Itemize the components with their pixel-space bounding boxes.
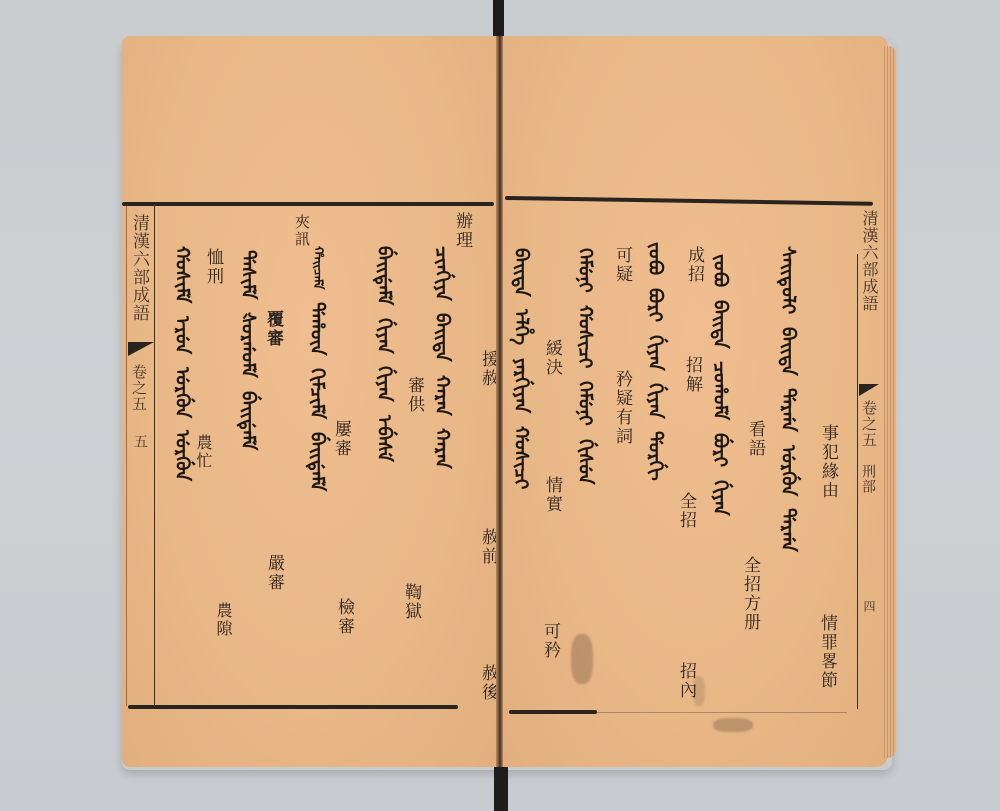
right-margin-section: 刑部 [861, 464, 875, 494]
manchu-word: ᡩᠣᡵᡤᡳ [645, 431, 664, 481]
manchu-word: ᡴᠠᡵᠠᠨ [432, 428, 451, 469]
right-margin-volume: 卷之五 [861, 400, 876, 448]
entry-zh: 辦理 [453, 212, 470, 250]
manchu-word: ᡩᠠᡥᡡᠨ [307, 302, 326, 356]
right-margin-frame [857, 254, 858, 709]
ink-smudge [693, 676, 705, 706]
manchu-word: ᡝᠪᡝᠰᡝ [374, 415, 393, 462]
manchu-word: ᠶᠠᡵᡤᡳᠶᠠᠨ [511, 358, 530, 413]
manchu-word: ᡴᠠᡵᠠᠨ [432, 375, 451, 416]
manchu-word: ᡝᡵᡠᠨ [172, 316, 191, 354]
manchu-word: ᡧᠣᡵᡤᠣᠮᡝ [238, 312, 257, 378]
manchu-word: ᡩᠠᠰᡳᠮᡝ [238, 250, 257, 300]
entry-zh: 農忙 [195, 434, 211, 470]
manchu-word: ᡤᡳᠶᠠᠨ [645, 383, 664, 419]
entry-zh: 可矜 [541, 622, 558, 660]
manchu-word: ᠪᠣᡵᡳ [645, 288, 664, 322]
manchu-word: ᡝᠯᡥᡝ [511, 309, 530, 345]
entry-zh: 全招方册 [741, 556, 758, 632]
manchu-word: ᡤᡳᠶᠠᠨ [710, 480, 729, 516]
manchu-word: ᡤᠣᠰᡳᠴᡳ [511, 426, 530, 489]
manchu-word: ᡤᡳᠶᠠᠨ [374, 318, 393, 354]
left-margin-edge [126, 204, 127, 706]
manchu-word: ᡩᠠᡵᡤᠠ [778, 508, 797, 552]
manchu-word: ᡴᡳᠮᠴᡳᠮᡝ [307, 368, 326, 419]
left-margin-volume: 卷之五 [131, 364, 146, 412]
manchu-word: ᠪᡠᡵᡳ [710, 433, 729, 467]
manchu-word: ᠪᡝᡳᡩᡝᠮᡝ [307, 432, 326, 491]
manchu-word: ᠴᠣᡥᠣᠮᡝ [710, 361, 729, 420]
manchu-column: ᡥᠠᡳᠴᠠᠮᡝ ᡩᠠᡥᡡᠨ ᡴᡳᠮᠴᡳᠮᡝ ᠪᡝᡳᡩᡝᠮᡝ [307, 246, 326, 706]
entry-zh: 緩決 [543, 339, 560, 377]
manchu-word: ᠪᠠᡳᡨᠠ [432, 313, 451, 362]
manchu-word: ᡴᡝᠮᡠᠨᡳ [575, 381, 594, 426]
manchu-word: ᡤᠣᠰᡳᠴᡳ [575, 305, 594, 368]
manchu-word: ᠪᡝᡳᡩᡝᠮᡝ [374, 246, 393, 305]
ink-smudge [571, 634, 593, 684]
manchu-column: ᡤᠣᠰᡳᠮᡝ ᡝᡵᡠᠨ ᡠᠷᡤᡠᠨ ᡠᠷᡤᡠᠨ [172, 246, 191, 706]
right-bottom-rule [509, 710, 597, 714]
manchu-column: ᠰᠠᡳᡨᡠᠯᡳ ᠪᠠᡳᡨᠠ ᡩᠠᡵᡤᠠ ᡠᡵᡤᡠᠨ ᡩᠠᡵᡤᠠ [778, 246, 797, 716]
manchu-word: ᡤᡳᠰᡠᠨ [575, 439, 594, 484]
manchu-column: ᡩᠠᠰᡳᠮᡝ ᡧᠣᡵᡤᠣᠮᡝ ᠪᡝᡳᡩᡝᠮᡝ [238, 250, 257, 710]
manchu-word: ᡤᡳᠶᠠᠨ [374, 366, 393, 402]
manchu-column: ᠴᡳᠨᡤᡳᠶᠠ ᠪᠠᡳᡨᠠ ᡴᠠᡵᠠᠨ ᡴᠠᡵᠠᠨ [432, 246, 451, 706]
entry-zh: 成招 [685, 246, 702, 284]
entry-zh: 恤刑 [204, 248, 221, 286]
right-fishtail-mark [859, 384, 879, 396]
manchu-word: ᠴᡳᠨᡤᡳᠶᠠ [432, 246, 451, 301]
manchu-word: ᡠᠷᡤᡠᠨ [172, 367, 191, 418]
manchu-column: ᠪᠠᡳᡨᠠ ᡝᠯᡥᡝ ᠶᠠᡵᡤᡳᠶᠠᠨ ᡤᠣᠰᡳᠴᡳ [511, 248, 530, 708]
entry-zh: 赦前 [479, 528, 496, 566]
entry-zh: 全招 [677, 492, 694, 530]
entry-zh: 事犯緣由 [819, 424, 836, 500]
entry-zh: 覆審 [264, 310, 281, 348]
left-margin-frame [154, 204, 155, 706]
entry-zh: 看語 [746, 420, 763, 458]
manchu-word: ᡩᠠᡵᡤᠠ [778, 388, 797, 432]
entry-zh: 可疑 [613, 246, 630, 284]
manchu-word: ᡠᡵᡤᡠᠨ [778, 445, 797, 496]
manchu-column: ᠪᡝᡳᡩᡝᠮᡝ ᡤᡳᠶᠠᠨ ᡤᡳᠶᠠᠨ ᡝᠪᡝᠰᡝ [374, 246, 393, 706]
entry-zh: 農隙 [215, 602, 231, 638]
entry-zh: 嚴審 [265, 554, 282, 592]
manchu-column: ᠵᠣᠪᠣ ᠪᠠᡳᡨᠠ ᠴᠣᡥᠣᠮᡝ ᠪᡠᡵᡳ ᡤᡳᠶᠠᠨ [710, 254, 729, 724]
entry-zh: 矜疑有詞 [613, 370, 630, 446]
manchu-word: ᡤᡳᠶᠠᠨ [645, 335, 664, 371]
entry-zh: 招解 [683, 356, 700, 394]
manchu-word: ᠪᠠᡳᡨᠠ [511, 248, 530, 297]
manchu-word: ᡥᠠᡳᠴᠠᠮᡝ [311, 246, 324, 290]
entry-zh: 夾訊 [294, 214, 309, 248]
right-margin-folio: 四 [863, 600, 875, 613]
entry-zh: 招內 [677, 662, 694, 700]
manchu-word: ᡤᠣᠰᡳᠮᡝ [172, 246, 191, 303]
manchu-column: ᠵᠣᠪᠣ ᠪᠣᡵᡳ ᡤᡳᠶᠠᠨ ᡤᡳᠶᠠᠨ ᡩᠣᡵᡤᡳ [645, 242, 664, 722]
entry-zh: 屢審 [332, 420, 349, 458]
entry-zh: 審供 [405, 376, 422, 414]
right-page: 清漢六部成語 卷之五 刑部 四 事犯緣由 情罪畧節 看語 全招方册 成招 招解 … [503, 36, 888, 767]
bookmark-ribbon-top [493, 0, 504, 40]
left-top-rule [122, 202, 494, 206]
left-margin-title: 清漢六部成語 [130, 214, 147, 322]
manchu-word: ᠰᠠᡳᡨᡠᠯᡳ [778, 246, 797, 314]
right-top-rule [505, 196, 873, 206]
manchu-word: ᠵᠣᠪᠣ [710, 254, 729, 287]
manchu-word: ᠵᠣᠪᠣ [645, 242, 664, 275]
ink-smudge [713, 718, 753, 732]
entry-zh: 鞫獄 [402, 583, 419, 621]
entry-zh: 情實 [543, 476, 560, 514]
left-fishtail-mark [128, 342, 154, 356]
manchu-word: ᡠᠷᡤᡠᠨ [172, 430, 191, 481]
entry-zh: 情罪畧節 [818, 614, 835, 690]
entry-zh: 援赦 [479, 350, 496, 388]
manchu-word: ᡴᡝᠮᡠᠨᡳ [575, 248, 594, 293]
right-margin-title: 清漢六部成語 [861, 210, 877, 312]
manchu-word: ᠪᠠᡳᡨᠠ [710, 300, 729, 349]
manchu-word: ᠪᠠᡳᡨᠠ [778, 327, 797, 376]
left-page: 清漢六部成語 卷之五 五 辦理 援赦 赦前 赦後 審供 鞫獄 夾訊 屢審 檢審 … [122, 36, 497, 767]
entry-zh: 檢審 [335, 598, 352, 636]
manchu-word: ᠪᡝᡳᡩᡝᠮᡝ [238, 391, 257, 450]
left-margin-folio: 五 [133, 434, 147, 449]
page-stack-edge [884, 46, 896, 758]
entry-zh: 赦後 [479, 664, 496, 702]
manchu-column: ᡴᡝᠮᡠᠨᡳ ᡤᠣᠰᡳᠴᡳ ᡴᡝᠮᡠᠨᡳ ᡤᡳᠰᡠᠨ [575, 248, 594, 648]
bookmark-ribbon-bottom [494, 765, 508, 811]
book-gutter [496, 36, 503, 767]
